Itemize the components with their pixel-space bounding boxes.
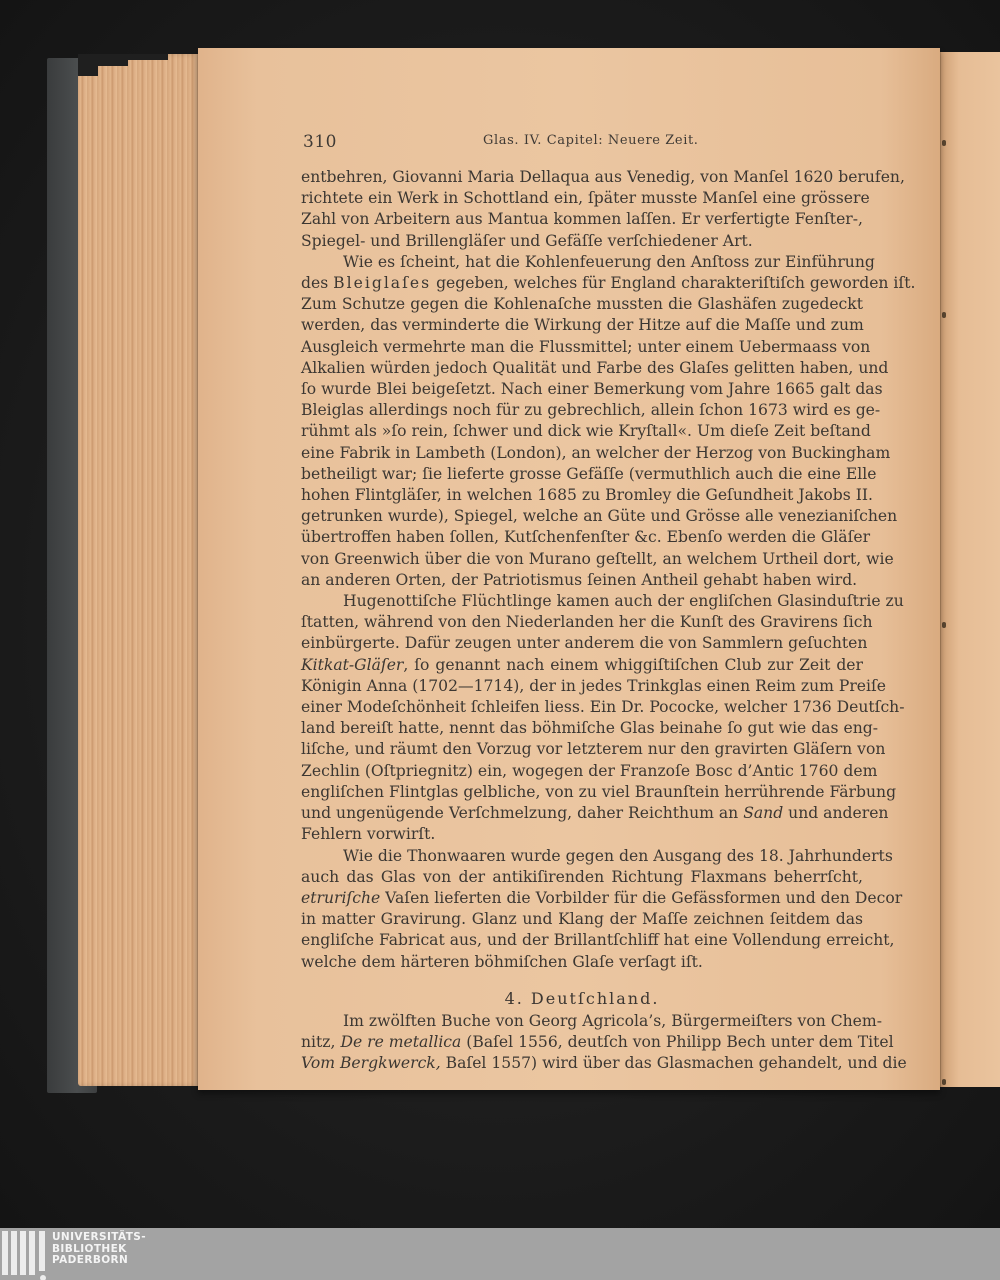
text-line: engliſche Fabricat aus, und der Brillant… [301, 930, 863, 951]
page-stack-edges [78, 54, 200, 1086]
text-line: Vom Bergkwerck, Baſel 1557) wird über da… [301, 1053, 863, 1074]
library-name: UNIVERSITÄTS- BIBLIOTHEK PADERBORN [52, 1232, 146, 1267]
text-line: Zahl von Arbeitern aus Mantua kommen laſ… [301, 209, 863, 230]
text-line: nitz, De re metallica (Baſel 1556, deutſ… [301, 1032, 863, 1053]
paragraph-1: entbehren, Giovanni Maria Dellaqua aus V… [301, 167, 863, 252]
text-line: betheiligt war; ſie lieferte grosse Gefä… [301, 464, 863, 485]
text-line: Zum Schutze gegen die Kohlenaſche musste… [301, 294, 863, 315]
paragraph-2: Wie es ſcheint, hat die Kohlenfeuerung d… [301, 252, 863, 591]
binding-mark [942, 312, 946, 318]
text-line: Spiegel- und Brillengläſer und Gefäſſe v… [301, 231, 863, 252]
section-heading: 4. Deutſchland. [301, 988, 863, 1009]
section-paragraph: Im zwölften Buche von Georg Agricola’s, … [301, 1011, 863, 1075]
text-line: liſche, und räumt den Vorzug vor letzter… [301, 739, 863, 760]
text-line: richtete ein Werk in Schottland ein, ſpä… [301, 188, 863, 209]
text-line: rühmt als »ſo rein, ſchwer und dick wie … [301, 421, 863, 442]
body-text: entbehren, Giovanni Maria Dellaqua aus V… [301, 167, 863, 1075]
text-line: Hugenottiſche Flüchtlinge kamen auch der… [301, 591, 863, 612]
text-line: eine Fabrik in Lambeth (London), an welc… [301, 443, 863, 464]
text-line: Ausgleich vermehrte man die Flussmittel;… [301, 337, 863, 358]
text-line: ſo wurde Blei beigeſetzt. Nach einer Bem… [301, 379, 863, 400]
binding-mark [942, 1079, 946, 1085]
text-line: und ungenügende Verſchmelzung, daher Rei… [301, 803, 863, 824]
text-line: des Bleiglaſes gegeben, welches für Engl… [301, 273, 863, 294]
text-line: Königin Anna (1702—1714), der in jedes T… [301, 676, 863, 697]
text-line: engliſchen Flintglas gelbliche, von zu v… [301, 782, 863, 803]
text-line: an anderen Orten, der Patriotismus ſeine… [301, 570, 863, 591]
text-line: getrunken wurde), Spiegel, welche an Güt… [301, 506, 863, 527]
text-line: Wie es ſcheint, hat die Kohlenfeuerung d… [301, 252, 863, 273]
text-line: Bleiglas allerdings noch für zu gebrechl… [301, 400, 863, 421]
text-line: auch das Glas von der antikiſirenden Ric… [301, 867, 863, 888]
text-line: einbürgerte. Dafür zeugen unter anderem … [301, 633, 863, 654]
text-line: Zechlin (Oſtpriegnitz) ein, wogegen der … [301, 761, 863, 782]
text-line: übertroffen haben ſollen, Kutſchenfenſte… [301, 527, 863, 548]
binding-mark [942, 622, 946, 628]
binding-mark [942, 140, 946, 146]
running-head: Glas. IV. Capitel: Neuere Zeit. [483, 133, 699, 148]
text-line: Alkalien würden jedoch Qualität und Farb… [301, 358, 863, 379]
page-header: 310 Glas. IV. Capitel: Neuere Zeit. [303, 128, 863, 154]
page-number: 310 [303, 132, 337, 152]
text-line: entbehren, Giovanni Maria Dellaqua aus V… [301, 167, 863, 188]
library-logo-icon [2, 1231, 46, 1278]
facing-page-edge [940, 52, 1000, 1087]
text-line: ſtatten, während von den Niederlanden he… [301, 612, 863, 633]
text-line: Wie die Thonwaaren wurde gegen den Ausga… [301, 846, 863, 867]
text-line: hohen Flintgläſer, in welchen 1685 zu Br… [301, 485, 863, 506]
paragraph-4: Wie die Thonwaaren wurde gegen den Ausga… [301, 846, 863, 973]
text-line: einer Modeſchönheit ſchleifen liess. Ein… [301, 697, 863, 718]
text-line: etruriſche Vaſen lieferten die Vorbilder… [301, 888, 863, 909]
text-line: Fehlern vorwirſt. [301, 824, 863, 845]
text-line: Im zwölften Buche von Georg Agricola’s, … [301, 1011, 863, 1032]
text-line: Kitkat-Gläſer, ſo genannt nach einem whi… [301, 655, 863, 676]
text-line: von Greenwich über die von Murano geſtel… [301, 549, 863, 570]
text-line: werden, das verminderte die Wirkung der … [301, 315, 863, 336]
paragraph-3: Hugenottiſche Flüchtlinge kamen auch der… [301, 591, 863, 845]
text-line: in matter Gravirung. Glanz und Klang der… [301, 909, 863, 930]
text-line: welche dem härteren böhmiſchen Glaſe ver… [301, 952, 863, 973]
library-footer: UNIVERSITÄTS- BIBLIOTHEK PADERBORN [0, 1228, 1000, 1280]
text-line: land bereiſt hatte, nennt das böhmiſche … [301, 718, 863, 739]
